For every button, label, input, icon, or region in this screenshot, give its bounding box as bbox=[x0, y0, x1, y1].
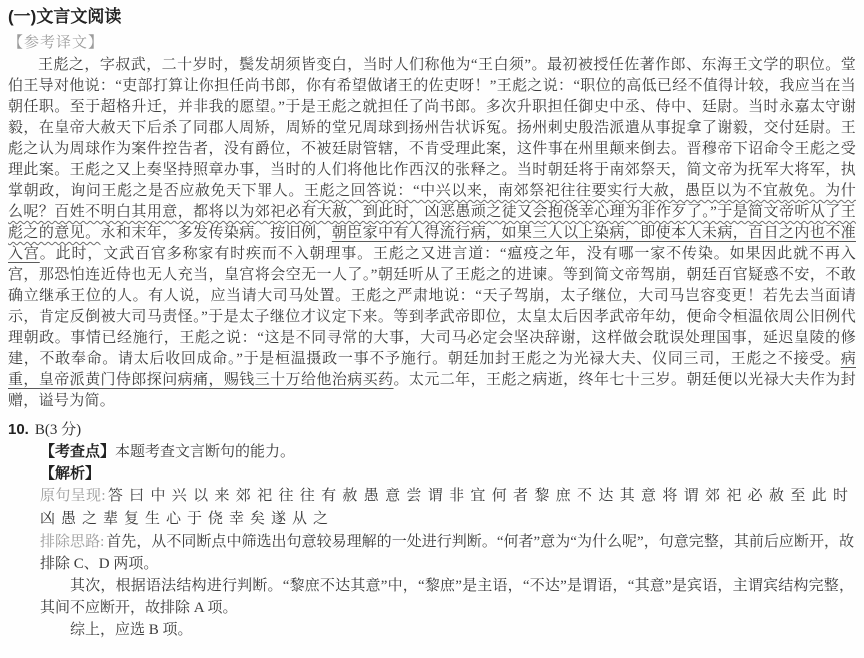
answer-line: 10.B(3 分) bbox=[8, 419, 856, 441]
analysis-label: 【解析】 bbox=[40, 465, 100, 482]
document-page: (一)文言文阅读 【参考译文】 王彪之，字叔武，二十岁时，鬓发胡须皆变白，当时人… bbox=[0, 0, 864, 658]
translation-segment-normal: 。此时，文武百官多称家有时疾而不入朝理事。王彪之又进言道：“瘟疫之年，没有哪一家… bbox=[8, 246, 856, 367]
original-sentence-line: 原句呈现:答曰中兴以来郊祀往往有赦愚意尝谓非宜何者黎庶不达其意将谓郊祀必赦至此时… bbox=[40, 485, 854, 531]
answer-detail: 【考查点】本题考查文言断句的能力。 【解析】 原句呈现:答曰中兴以来郊祀往往有赦… bbox=[40, 441, 854, 641]
analysis-label-line: 【解析】 bbox=[40, 463, 854, 485]
section-title: (一)文言文阅读 bbox=[8, 6, 856, 28]
elimination-line-3: 综上，应选 B 项。 bbox=[40, 619, 854, 641]
translation-segment-normal: 永和末年，多发传染病。按旧例， bbox=[101, 225, 332, 241]
exam-point-text: 本题考查文言断句的能力。 bbox=[115, 444, 295, 460]
original-sentence-text: 答曰中兴以来郊祀往往有赦愚意尝谓非宜何者黎庶不达其意将谓郊祀必赦至此时凶愚之辈复… bbox=[40, 488, 854, 527]
elimination-line-1: 排除思路:首先，从不同断点中筛选出句意较易理解的一处进行判断。“何者”意为“为什… bbox=[40, 531, 854, 575]
translation-segment-normal: 王彪之，字叔武，二十岁时，鬓发胡须皆变白，当时人们称他为“王白须”。最初被授任佐… bbox=[8, 57, 856, 199]
answer-text: B(3 分) bbox=[35, 422, 81, 438]
question-10-block: 10.B(3 分) 【考查点】本题考查文言断句的能力。 【解析】 原句呈现:答曰… bbox=[8, 419, 856, 641]
translation-paragraph: 王彪之，字叔武，二十岁时，鬓发胡须皆变白，当时人们称他为“王白须”。最初被授任佐… bbox=[8, 55, 856, 412]
question-number: 10. bbox=[8, 421, 29, 438]
original-sentence-label: 原句呈现: bbox=[40, 488, 105, 504]
elimination-text-1: 首先，从不同断点中筛选出句意较易理解的一处进行判断。“何者”意为“为什么呢”，句… bbox=[40, 534, 854, 572]
exam-point-label: 【考查点】 bbox=[40, 443, 115, 460]
translation-label: 【参考译文】 bbox=[8, 33, 856, 53]
exam-point-line: 【考查点】本题考查文言断句的能力。 bbox=[40, 441, 854, 463]
elimination-line-2: 其次，根据语法结构进行判断。“黎庶不达其意”中，“黎庶”是主语，“不达”是谓语，… bbox=[40, 575, 854, 619]
elimination-label: 排除思路: bbox=[40, 534, 104, 550]
